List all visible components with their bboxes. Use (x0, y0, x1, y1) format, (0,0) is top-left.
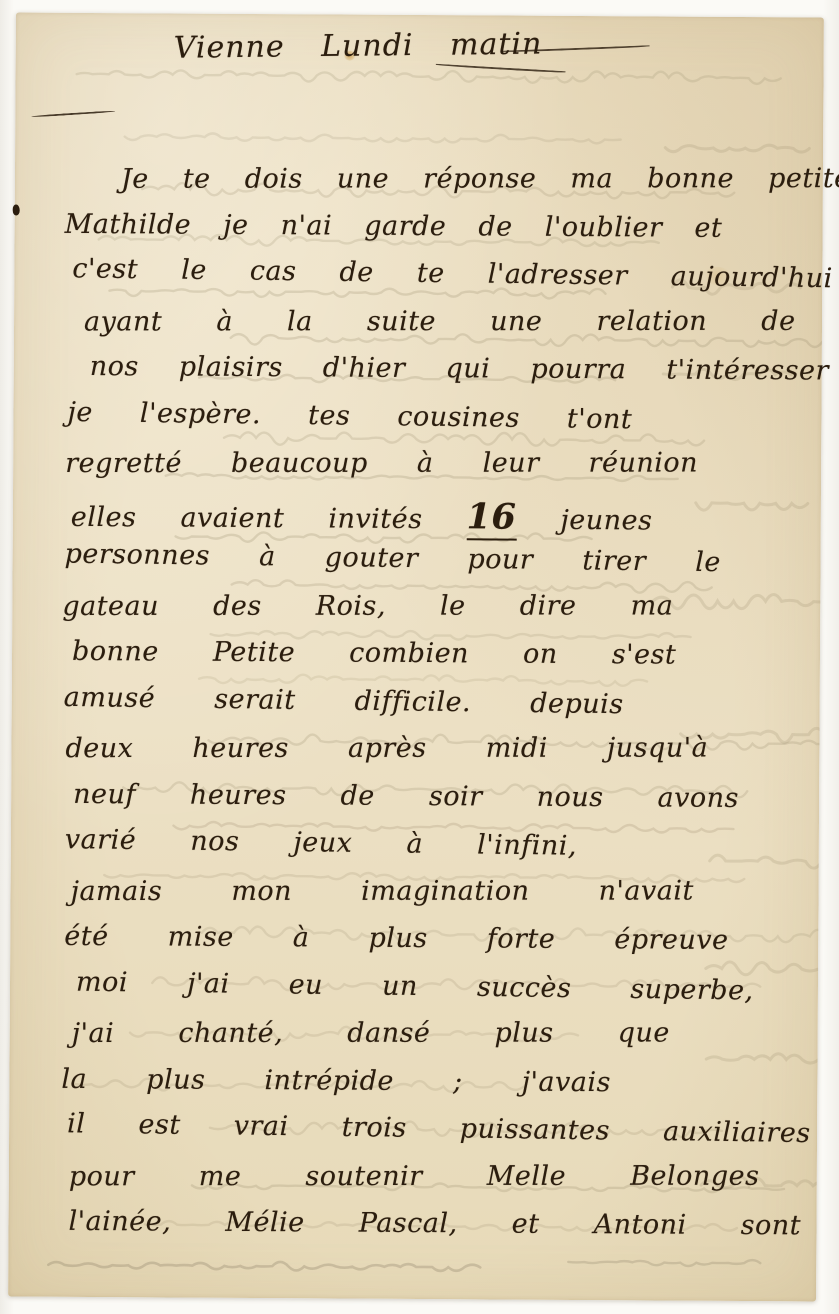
letter-line: Je te dois une réponse ma bonne petite (121, 163, 839, 195)
letter-line: nos plaisirs d'hier qui pourra t'intéres… (90, 351, 829, 387)
letter-text-segment: deux heures après midi jusqu'à (65, 733, 708, 765)
letter-line: bonne Petite combien on s'est (72, 636, 676, 671)
ink-blot (13, 205, 20, 216)
letter-page: Vienne Lundi matin Je te dois une répons… (8, 13, 824, 1302)
letter-line: personnes à gouter pour tirer le (64, 539, 721, 579)
letter-line: deux heures après midi jusqu'à (65, 733, 708, 765)
letter-line: pour me soutenir Melle Belonges (69, 1160, 760, 1192)
letter-text-segment: regretté beaucoup à leur réunion (65, 448, 698, 480)
letter-line: neuf heures de soir nous avons (73, 778, 739, 813)
letter-line: gateau des Rois, le dire ma (62, 590, 673, 622)
letter-text-segment: nos plaisirs d'hier qui pourra t'intéres… (90, 351, 829, 387)
letter-scan: Vienne Lundi matin Je te dois une répons… (0, 0, 839, 1314)
letter-text-segment: été mise à plus forte épreuve (64, 921, 728, 956)
letter-text-segment: j'ai chanté, dansé plus que (72, 1017, 670, 1049)
letter-text-segment: ayant à la suite une relation de (84, 305, 796, 337)
letter-text-segment: Je te dois une réponse ma bonne petite (121, 163, 839, 195)
letter-text-segment: bonne Petite combien on s'est (72, 636, 676, 671)
letter-line: la plus intrépide ; j'avais (61, 1063, 611, 1097)
letter-line: amusé serait difficile. depuis (64, 681, 624, 719)
letter-line: c'est le cas de te l'adresser aujourd'hu… (72, 253, 833, 294)
letter-text-segment: Mathilde je n'ai garde de l'oublier et (65, 208, 723, 243)
letter-line: Mathilde je n'ai garde de l'oublier et (65, 208, 723, 243)
letter-line: varié nos jeux à l'infini, (65, 824, 577, 862)
letter-text-segment: il est vrai trois puissantes auxiliaires (67, 1108, 811, 1149)
letter-text-segment: c'est le cas de te l'adresser aujourd'hu… (72, 253, 833, 294)
letter-line: jamais mon imagination n'avait (71, 875, 694, 907)
letter-text-segment: pour me soutenir Melle Belonges (69, 1160, 760, 1192)
letter-text-segment: gateau des Rois, le dire ma (62, 590, 673, 622)
heading-flourish (436, 64, 566, 74)
letter-line: il est vrai trois puissantes auxiliaires (67, 1108, 811, 1149)
letter-text-segment: moi j'ai eu un succès superbe, (76, 966, 754, 1006)
letter-line: j'ai chanté, dansé plus que (72, 1017, 670, 1049)
letter-line: regretté beaucoup à leur réunion (65, 448, 698, 480)
stray-pen-stroke (31, 110, 115, 117)
letter-text-segment: varié nos jeux à l'infini, (65, 824, 577, 862)
letter-text-segment: jeunes (516, 504, 652, 536)
letter-text-segment: jamais mon imagination n'avait (71, 875, 694, 907)
letter-heading: Vienne Lundi matin (174, 27, 543, 66)
letter-line: l'ainée, Mélie Pascal, et Antoni sont (68, 1206, 801, 1241)
letter-text-segment: elles avaient invités (71, 501, 467, 534)
letter-text-segment: personnes à gouter pour tirer le (64, 539, 721, 579)
letter-body: Je te dois une réponse ma bonne petiteMa… (16, 13, 824, 18)
underlined-number: 16 (466, 496, 516, 540)
letter-line: je l'espère. tes cousines t'ont (67, 396, 632, 434)
letter-text-segment: neuf heures de soir nous avons (73, 778, 739, 813)
letter-text-segment: amusé serait difficile. depuis (64, 681, 624, 719)
letter-line: elles avaient invités 16 jeunes (71, 493, 653, 538)
letter-line: ayant à la suite une relation de (84, 305, 796, 337)
letter-text-segment: la plus intrépide ; j'avais (61, 1063, 611, 1097)
letter-line: moi j'ai eu un succès superbe, (76, 966, 754, 1006)
letter-line: été mise à plus forte épreuve (64, 921, 728, 956)
letter-text-segment: je l'espère. tes cousines t'ont (67, 396, 632, 434)
letter-text-segment: l'ainée, Mélie Pascal, et Antoni sont (68, 1206, 801, 1241)
